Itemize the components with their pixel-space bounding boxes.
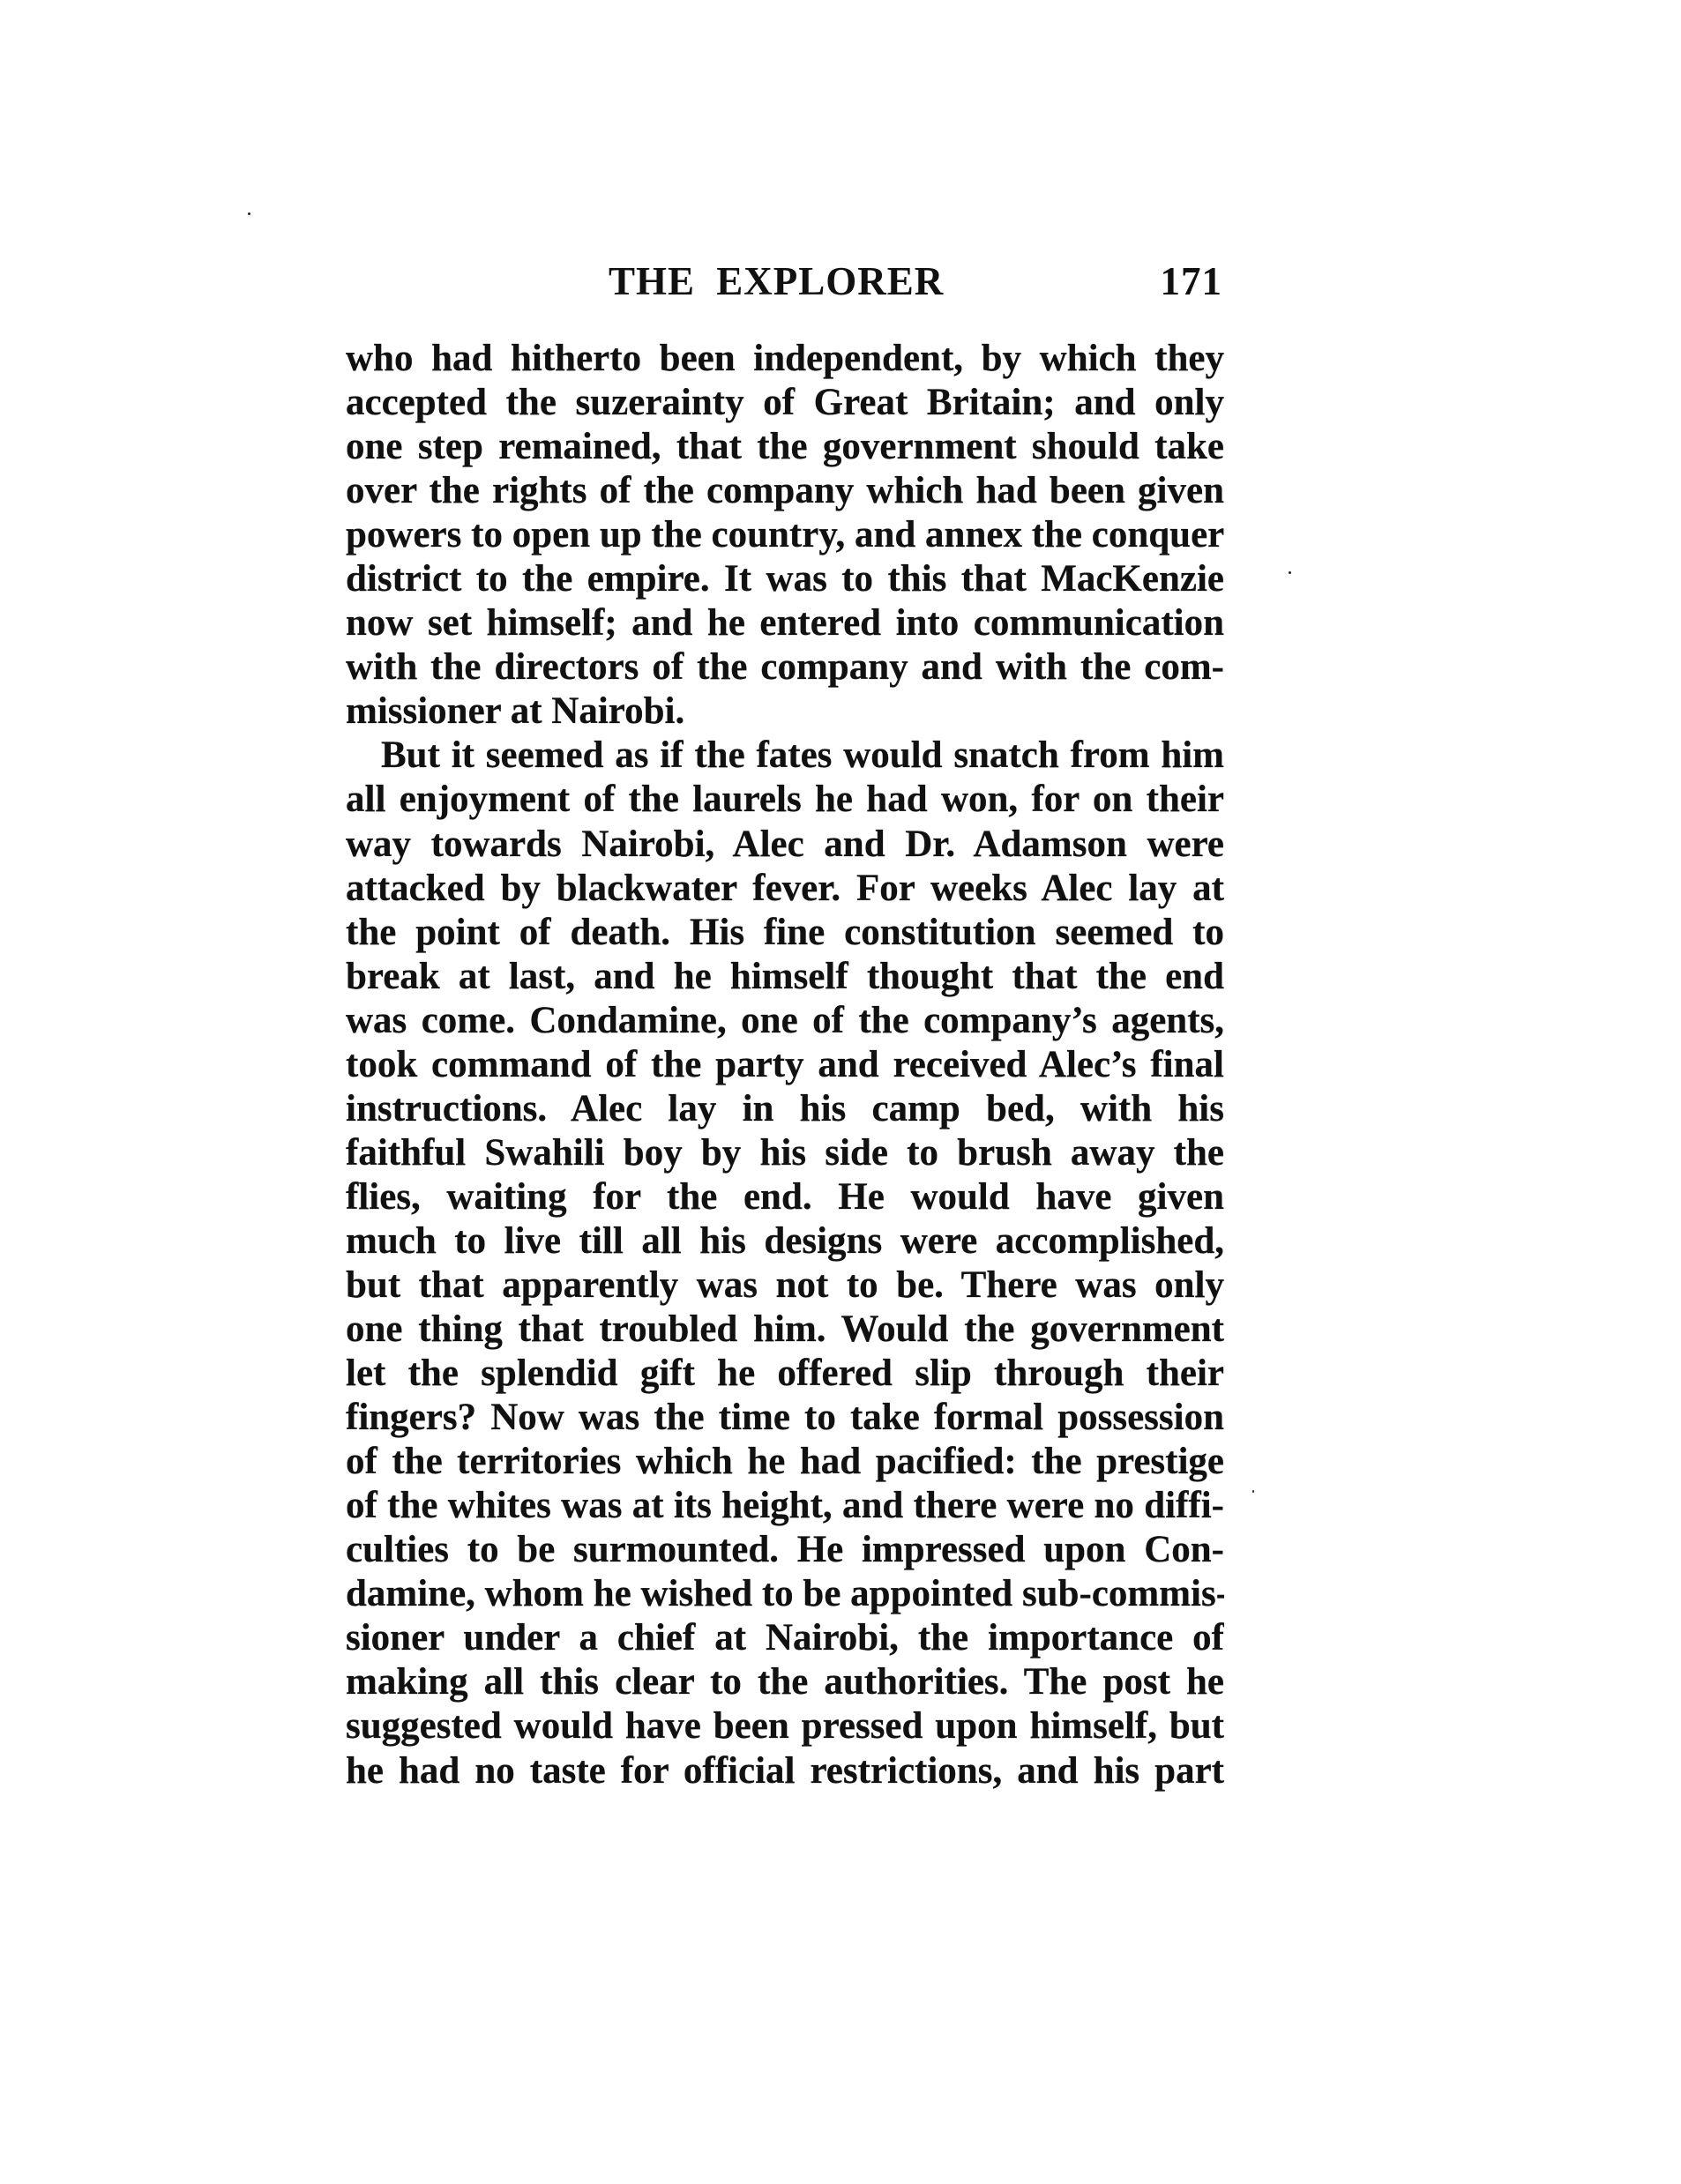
text-line: now set himself; and he entered into com… [346,601,1224,645]
text-line: of the whites was at its height, and the… [346,1484,1224,1528]
text-line: way towards Nairobi, Alec and Dr. Adamso… [346,823,1224,867]
text-line: was come. Condamine, one of the company’… [346,999,1224,1043]
text-line: of the territories which he had pacified… [346,1440,1224,1484]
text-line: over the rights of the company which had… [346,469,1224,513]
text-line: attacked by blackwater fever. For weeks … [346,867,1224,911]
text-line: all enjoyment of the laurels he had won,… [346,778,1224,822]
text-line: one step remained, that the government s… [346,425,1224,469]
text-line: damine, whom he wished to be appointed s… [346,1572,1224,1616]
text-line: break at last, and he himself thought th… [346,955,1224,999]
text-line: flies, waiting for the end. He would hav… [346,1175,1224,1219]
book-page: THE EXPLORER 171 who had hitherto been i… [0,0,1681,2184]
text-line: he had no taste for official restriction… [346,1749,1224,1793]
running-title: THE EXPLORER [609,259,944,303]
text-line: one thing that troubled him. Would the g… [346,1308,1224,1352]
text-line: the point of death. His fine constitutio… [346,911,1224,955]
text-line: suggested would have been pressed upon h… [346,1704,1224,1748]
paragraph: But it seemed as if the fates would snat… [346,734,1224,1793]
running-head: THE EXPLORER 171 [346,259,1224,303]
body-text: who had hitherto been independent, by wh… [346,337,1224,1793]
text-line: missioner at Nairobi. [346,689,1224,734]
text-line: much to live till all his designs were a… [346,1219,1224,1263]
paragraph: who had hitherto been independent, by wh… [346,337,1224,734]
text-line: faithful Swahili boy by his side to brus… [346,1131,1224,1175]
text-line: making all this clear to the authorities… [346,1660,1224,1704]
text-line: instructions. Alec lay in his camp bed, … [346,1087,1224,1131]
text-line: district to the empire. It was to this t… [346,557,1224,601]
text-line: took command of the party and received A… [346,1043,1224,1087]
text-line: sioner under a chief at Nairobi, the imp… [346,1616,1224,1660]
text-line: but that apparently was not to be. There… [346,1263,1224,1308]
text-line: let the splendid gift he offered slip th… [346,1352,1224,1396]
page-number: 171 [1161,259,1223,303]
text-line: accepted the suzerainty of Great Britain… [346,381,1224,425]
text-line: powers to open up the country, and annex… [346,513,1224,557]
text-line: But it seemed as if the fates would snat… [346,734,1224,778]
text-line: fingers? Now was the time to take formal… [346,1396,1224,1440]
scan-speck [1252,1490,1254,1493]
text-line: culties to be surmounted. He impressed u… [346,1528,1224,1572]
text-line: who had hitherto been independent, by wh… [346,337,1224,381]
text-line: with the directors of the company and wi… [346,645,1224,689]
scan-speck [1289,571,1291,574]
scan-speck [248,212,250,215]
